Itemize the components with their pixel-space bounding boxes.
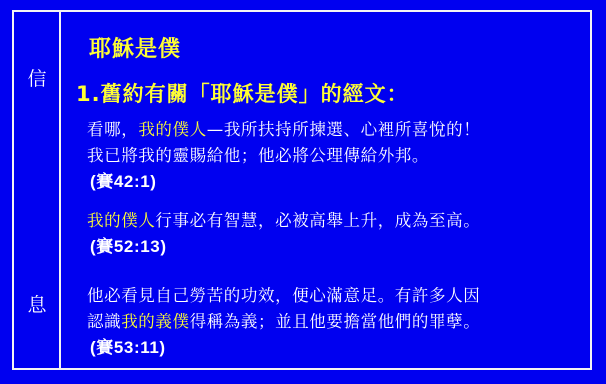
verse-text: 他必看見自己勞苦的功效，便心滿意足。有許多人因 <box>87 286 480 305</box>
scripture-reference: (賽53:11) <box>87 335 480 361</box>
passage-isaiah-52-13: 我的僕人行事必有智慧，必被高舉上升，成為至高。 (賽52:13) <box>87 208 480 260</box>
verse-text: 我已將我的靈賜給他；他必將公理傳給外邦。 <box>87 146 429 165</box>
passage-line: 我已將我的靈賜給他；他必將公理傳給外邦。 <box>87 143 480 169</box>
passage-line: 認識我的義僕得稱為義；並且他要擔當他們的罪孽。 <box>87 309 480 335</box>
passage-isaiah-42-1: 看哪，我的僕人—我所扶持所揀選、心裡所喜悅的！ 我已將我的靈賜給他；他必將公理傳… <box>87 117 480 195</box>
highlighted-phrase: 我的僕人 <box>138 120 206 139</box>
verse-text: 行事必有智慧，必被高舉上升，成為至高。 <box>155 211 480 230</box>
highlighted-phrase: 我的義僕 <box>121 312 189 331</box>
side-label-bottom: 息 <box>14 290 60 317</box>
highlighted-phrase: 我的僕人 <box>87 211 155 230</box>
verse-text: 得稱為義；並且他要擔當他們的罪孽。 <box>190 312 481 331</box>
slide-title: 耶穌是僕 <box>89 32 181 63</box>
scripture-reference: (賽52:13) <box>87 234 480 260</box>
verse-text: 認識 <box>87 312 121 331</box>
verse-text: 看哪， <box>87 120 138 139</box>
passage-isaiah-53-11: 他必看見自己勞苦的功效，便心滿意足。有許多人因 認識我的義僕得稱為義；並且他要擔… <box>87 283 480 361</box>
passage-line: 看哪，我的僕人—我所扶持所揀選、心裡所喜悅的！ <box>87 117 480 143</box>
slide-subtitle: 1.舊約有關「耶穌是僕」的經文： <box>76 78 409 108</box>
verse-text: —我所扶持所揀選、心裡所喜悅的！ <box>207 120 481 139</box>
passage-line: 他必看見自己勞苦的功效，便心滿意足。有許多人因 <box>87 283 480 309</box>
passage-line: 我的僕人行事必有智慧，必被高舉上升，成為至高。 <box>87 208 480 234</box>
side-label-top: 信 <box>14 64 60 91</box>
scripture-reference: (賽42:1) <box>87 169 480 195</box>
